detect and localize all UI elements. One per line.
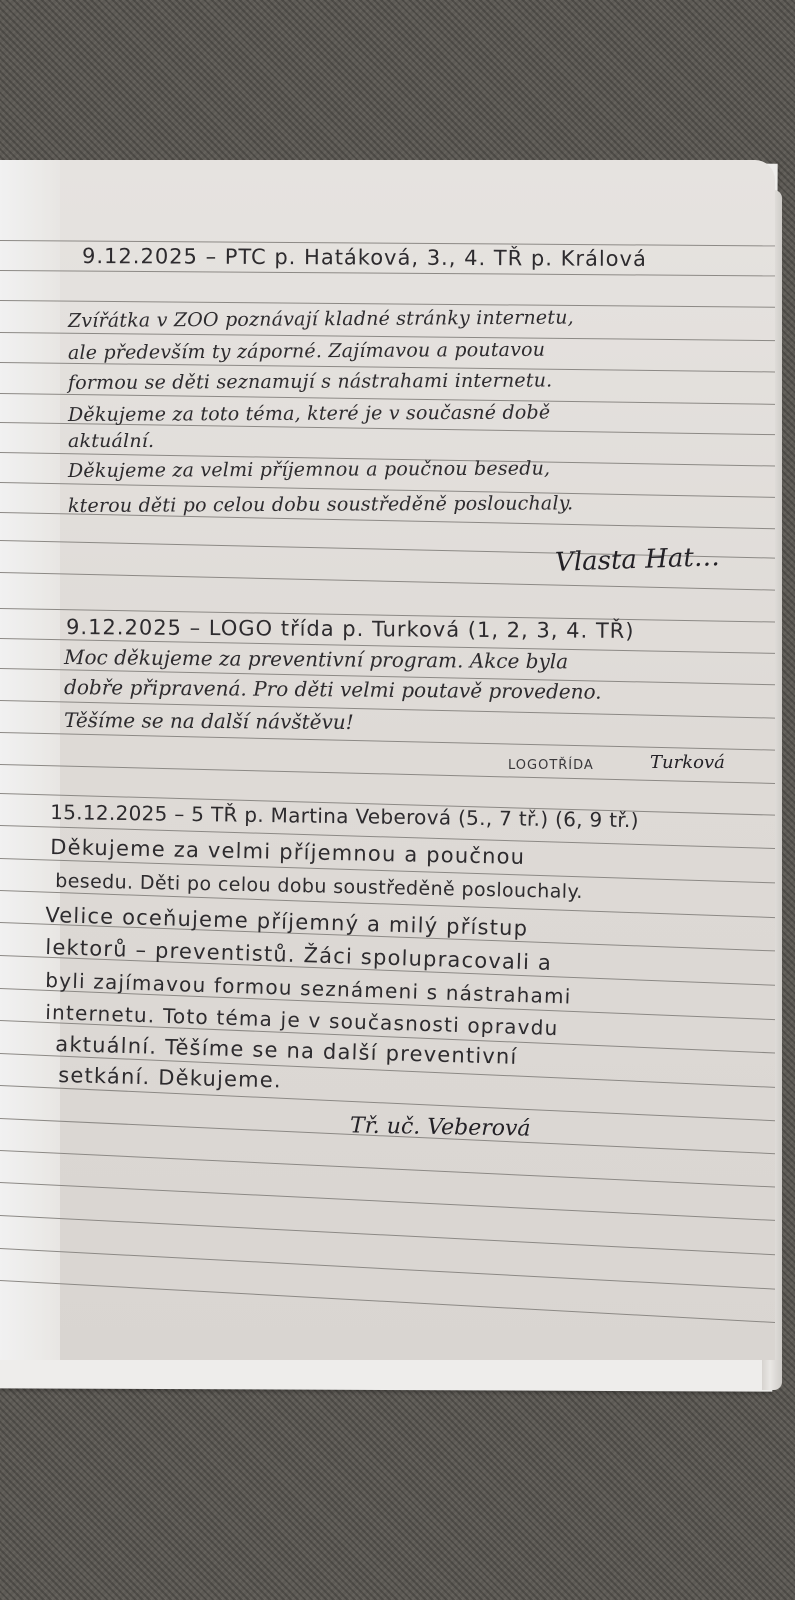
entry-line: Děkujeme za velmi příjemnou a poučnou (50, 835, 525, 869)
entry-line: besedu. Děti po celou dobu soustředěně p… (55, 870, 583, 903)
ruled-line (0, 572, 775, 591)
entry-line: Zvířátka v ZOO poznávají kladné stránky … (68, 306, 574, 332)
entry-line: aktuální. (68, 430, 154, 452)
signature: Turková (650, 752, 725, 773)
entry-line: Moc děkujeme za preventivní program. Akc… (64, 645, 568, 673)
signature: Tř. uč. Veberová (350, 1113, 531, 1141)
entry-line: Děkujeme za velmi příjemnou a poučnou be… (68, 457, 550, 482)
entry-header: 15.12.2025 – 5 TŘ p. Martina Veberová (5… (50, 800, 639, 832)
ruled-line (0, 1182, 775, 1222)
ruled-line (0, 1248, 775, 1290)
ruled-line (0, 1280, 775, 1324)
ruled-line (0, 1150, 775, 1188)
entry-line: Velice oceňujeme příjemný a milý přístup (45, 903, 528, 940)
entry-line: setkání. Děkujeme. (58, 1063, 282, 1092)
entry-line: ale především ty záporné. Zajímavou a po… (68, 339, 545, 364)
entry-header: 9.12.2025 – LOGO třída p. Turková (1, 2,… (66, 615, 635, 643)
entry-header: 9.12.2025 – PTC p. Hatáková, 3., 4. TŘ p… (82, 244, 647, 271)
entry-line: aktuální. Těšíme se na další preventivní (55, 1032, 518, 1069)
notebook-page: 9.12.2025 – PTC p. Hatáková, 3., 4. TŘ p… (0, 160, 775, 1360)
ruled-line (0, 1215, 775, 1256)
entry-line: kterou děti po celou dobu soustředěně po… (68, 492, 574, 517)
ruled-line (0, 300, 775, 308)
page-left-margin (0, 160, 60, 1360)
ruled-line (0, 732, 775, 751)
signature: Vlasta Hat… (555, 542, 721, 578)
entry-line: dobře připravená. Pro děti velmi poutavě… (64, 675, 602, 704)
entry-line: Děkujeme za toto téma, které je v součas… (68, 401, 550, 426)
ruled-line (0, 270, 775, 277)
signature-label: LOGOTŘÍDA (508, 758, 594, 773)
entry-line: Těšíme se na další návštěvu! (64, 708, 354, 734)
entry-line: formou se děti seznamují s nástrahami in… (68, 369, 553, 394)
entry-line: lektorů – preventistů. Žáci spolupracova… (45, 935, 552, 975)
